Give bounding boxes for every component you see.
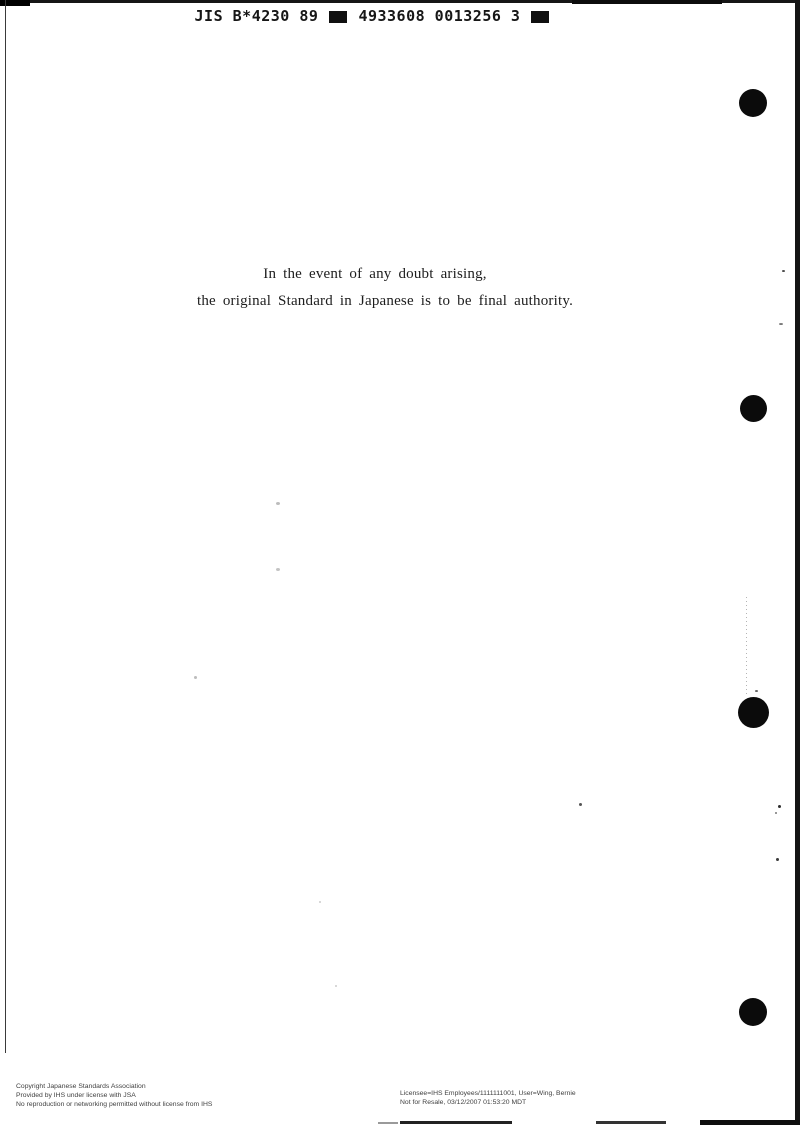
licensee-line: Licensee=IHS Employees/1111111001, User=…: [400, 1090, 576, 1099]
licensee-footer: Licensee=IHS Employees/1111111001, User=…: [400, 1090, 576, 1108]
scan-speck: [579, 803, 582, 806]
barcode-block-icon: [329, 11, 347, 23]
scan-edge-bottom-segment: [378, 1122, 398, 1124]
authority-notice: In the event of any doubt arising, the o…: [0, 266, 770, 310]
scan-speck: [276, 502, 280, 505]
punch-hole: [739, 89, 767, 117]
scan-edge-bottom-segment: [400, 1121, 512, 1124]
notice-line-2: the original Standard in Japanese is to …: [0, 293, 770, 310]
scan-edge-bottom-segment: [596, 1121, 666, 1124]
scan-speck: [194, 676, 197, 679]
license-provider-line: Provided by IHS under license with JSA: [16, 1092, 212, 1101]
notice-line-1: In the event of any doubt arising,: [0, 266, 760, 283]
standard-code-text: JIS B*4230 89: [195, 7, 319, 25]
scan-speck: [755, 690, 758, 692]
resale-line: Not for Resale, 03/12/2007 01:53:20 MDT: [400, 1099, 576, 1108]
scan-speck: [776, 858, 779, 861]
reproduction-notice-line: No reproduction or networking permitted …: [16, 1101, 212, 1110]
barcode-block-icon: [531, 11, 549, 23]
scan-speck: [779, 323, 783, 325]
copyright-line: Copyright Japanese Standards Association: [16, 1083, 212, 1092]
scan-edge-bottom-segment: [700, 1120, 800, 1125]
punch-hole: [740, 395, 767, 422]
document-number-text: 4933608 0013256 3: [358, 7, 520, 25]
dotted-fold-line: [746, 597, 747, 697]
scan-edge-top-segment: [572, 0, 722, 4]
punch-hole: [739, 998, 767, 1026]
scan-speck: [782, 270, 785, 272]
scanned-standard-page: JIS B*4230 89 4933608 0013256 3 In the e…: [0, 0, 800, 1125]
scan-speck: [276, 568, 280, 571]
scan-edge-right: [795, 0, 800, 1125]
scan-speck: [335, 985, 337, 987]
copyright-footer: Copyright Japanese Standards Association…: [16, 1083, 212, 1109]
scan-speck: [778, 805, 781, 808]
document-code-header: JIS B*4230 89 4933608 0013256 3: [0, 6, 744, 26]
scan-speck: [775, 812, 777, 814]
punch-hole: [738, 697, 769, 728]
scan-speck: [319, 901, 321, 903]
scan-edge-left: [5, 0, 6, 1053]
